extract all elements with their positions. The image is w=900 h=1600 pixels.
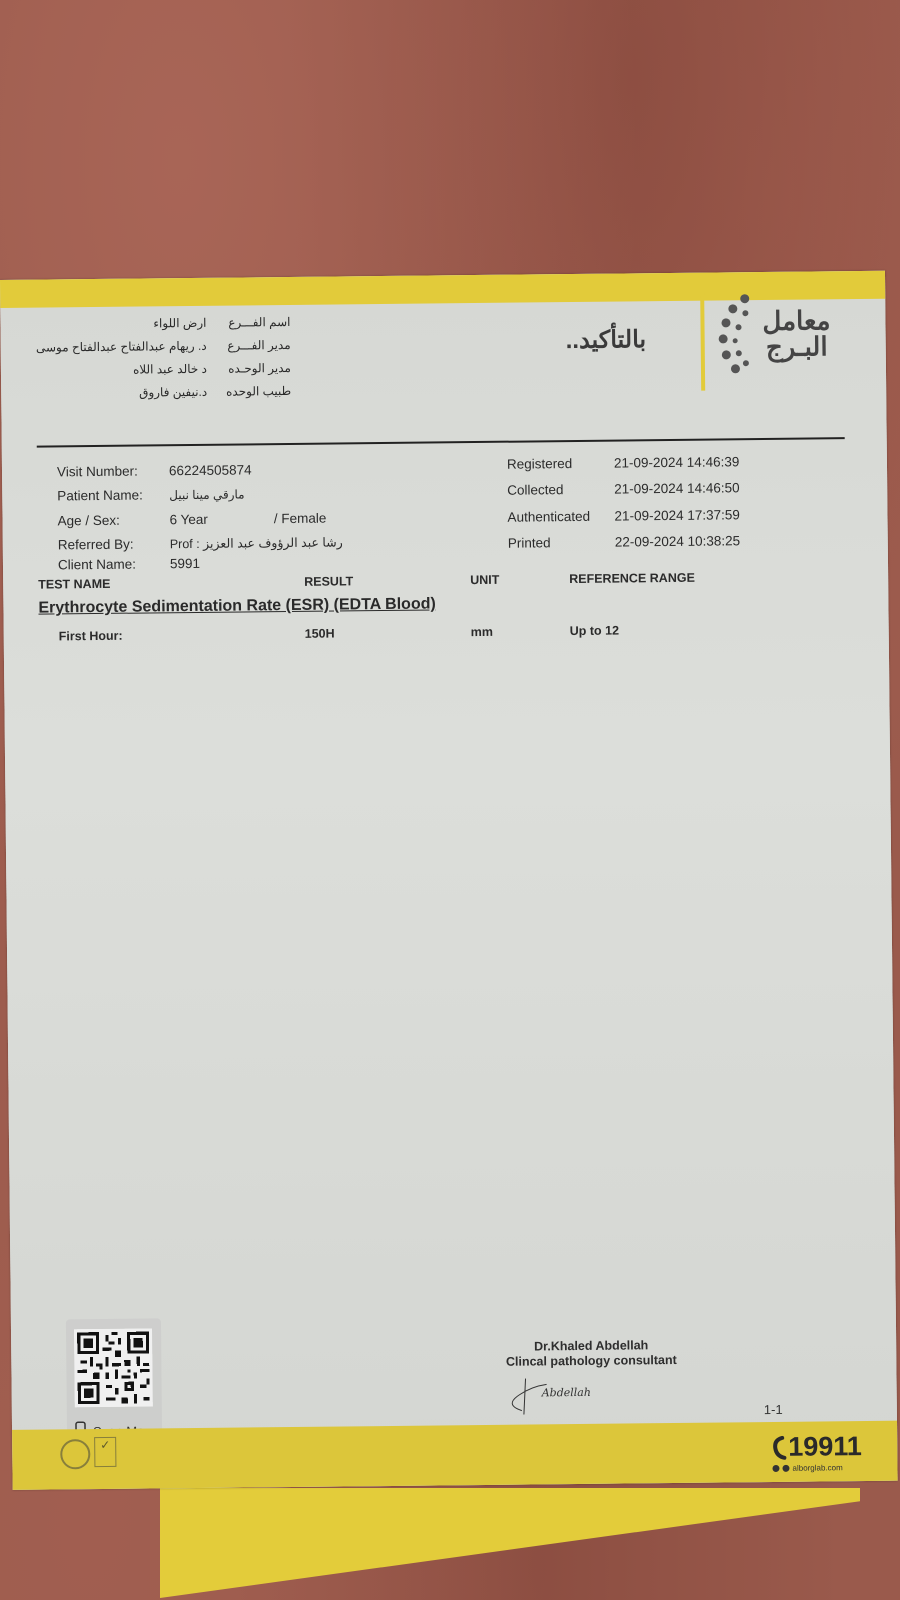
header-divider bbox=[37, 437, 845, 447]
website: alborglab.com bbox=[772, 1463, 842, 1473]
referred-by: Prof : رشا عبد الرؤوف عبد العزيز bbox=[170, 535, 343, 552]
client-name-label: Client Name: bbox=[58, 556, 170, 571]
branch-value: د خالد عبد اللاه bbox=[31, 362, 207, 379]
client-name-row: Client Name: 5991 bbox=[58, 554, 343, 571]
timestamp-value: 21-09-2024 17:37:59 bbox=[614, 507, 740, 523]
qr-code-icon[interactable] bbox=[74, 1328, 153, 1407]
branch-info: اسم الفـــرع ارض اللواء مدير الفـــرع د.… bbox=[30, 315, 291, 410]
doctor-signature-block: Dr.Khaled Abdellah Clincal pathology con… bbox=[491, 1338, 691, 1370]
branch-value: ارض اللواء bbox=[30, 316, 206, 333]
lab-logo: معامل البـرج bbox=[718, 289, 849, 380]
logo-text: معامل البـرج bbox=[756, 307, 837, 360]
test-reference: Up to 12 bbox=[570, 624, 619, 639]
branch-value: د.نيفين فاروق bbox=[31, 385, 207, 402]
timestamp-value: 21-09-2024 14:46:39 bbox=[614, 454, 740, 470]
visit-number-row: Visit Number: 66224505874 bbox=[57, 456, 342, 483]
test-group-title: Erythrocyte Sedimentation Rate (ESR) (ED… bbox=[38, 595, 436, 617]
column-result: RESULT bbox=[304, 574, 353, 589]
logo-text-line2: البـرج bbox=[757, 333, 837, 360]
results-header: TEST NAME RESULT UNIT REFERENCE RANGE bbox=[38, 570, 738, 577]
lab-report-sheet: اسم الفـــرع ارض اللواء مدير الفـــرع د.… bbox=[0, 271, 898, 1490]
timestamp-row: Collected 21-09-2024 14:46:50 bbox=[507, 475, 740, 504]
phone-icon bbox=[772, 1435, 788, 1459]
test-unit: mm bbox=[471, 625, 493, 639]
test-name: First Hour: bbox=[59, 629, 123, 644]
branch-label: اسم الفـــرع bbox=[220, 315, 290, 331]
branch-row: مدير الوحـده د خالد عبد اللاه bbox=[31, 361, 291, 379]
bottom-yellow-band bbox=[12, 1421, 898, 1490]
social-icon bbox=[782, 1465, 789, 1472]
website-url[interactable]: alborglab.com bbox=[792, 1463, 842, 1473]
timestamp-label: Registered bbox=[507, 455, 614, 471]
hotline: 19911 bbox=[772, 1431, 862, 1463]
timestamp-row: Authenticated 21-09-2024 17:37:59 bbox=[507, 501, 740, 530]
signature-icon: Abdellah bbox=[501, 1374, 611, 1415]
timestamp-row: Registered 21-09-2024 14:46:39 bbox=[507, 448, 740, 477]
tagline: بالتأكيد.. bbox=[566, 325, 647, 355]
page-number: 1-1 bbox=[764, 1402, 783, 1417]
logo-divider bbox=[700, 291, 705, 391]
accreditation-badge-icon: ✓ bbox=[94, 1437, 116, 1467]
hotline-number: 19911 bbox=[788, 1431, 862, 1463]
svg-text:Abdellah: Abdellah bbox=[541, 1386, 591, 1400]
age-sex-row: Age / Sex: 6 Year / Female bbox=[57, 505, 342, 532]
patient-name: مارقي مينا نبيل bbox=[169, 487, 244, 502]
social-icon bbox=[772, 1465, 779, 1472]
timestamp-row: Printed 22-09-2024 10:38:25 bbox=[508, 528, 741, 557]
patient-name-label: Patient Name: bbox=[57, 487, 169, 503]
patient-info: Visit Number: 66224505874 Patient Name: … bbox=[57, 456, 343, 571]
column-reference-range: REFERENCE RANGE bbox=[569, 571, 695, 586]
client-name: 5991 bbox=[170, 556, 200, 571]
certification-seal-icon bbox=[60, 1439, 90, 1469]
timestamp-label: Collected bbox=[507, 482, 614, 498]
branch-row: طبيب الوحده د.نيفين فاروق bbox=[31, 384, 291, 402]
patient-name-row: Patient Name: مارقي مينا نبيل bbox=[57, 481, 342, 508]
referred-by-label: Referred By: bbox=[58, 536, 170, 552]
column-unit: UNIT bbox=[470, 573, 499, 587]
underlying-yellow-sheet bbox=[160, 1488, 860, 1598]
sex: / Female bbox=[274, 510, 327, 526]
show-through-text bbox=[44, 690, 49, 893]
age-sex-value: 6 Year / Female bbox=[169, 510, 326, 527]
visit-number-label: Visit Number: bbox=[57, 463, 169, 479]
visit-number: 66224505874 bbox=[169, 462, 252, 478]
age: 6 Year bbox=[169, 512, 207, 527]
branch-label: مدير الوحـده bbox=[221, 361, 291, 377]
test-result: 150H bbox=[305, 627, 335, 641]
branch-label: طبيب الوحده bbox=[221, 384, 291, 400]
branch-row: اسم الفـــرع ارض اللواء bbox=[30, 315, 290, 333]
timestamps: Registered 21-09-2024 14:46:39 Collected… bbox=[507, 448, 740, 556]
logo-text-line1: معامل bbox=[756, 307, 836, 334]
referred-by-row: Referred By: Prof : رشا عبد الرؤوف عبد ا… bbox=[58, 530, 343, 557]
timestamp-label: Printed bbox=[508, 535, 615, 551]
branch-value: د. ريهام عبدالفتاح عبدالفتاح موسى bbox=[31, 339, 207, 356]
column-test-name: TEST NAME bbox=[38, 577, 110, 592]
branch-row: مدير الفـــرع د. ريهام عبدالفتاح عبدالفت… bbox=[31, 338, 291, 356]
age-sex-label: Age / Sex: bbox=[57, 512, 169, 528]
timestamp-label: Authenticated bbox=[507, 508, 614, 524]
branch-label: مدير الفـــرع bbox=[221, 338, 291, 354]
doctor-title: Clincal pathology consultant bbox=[491, 1353, 691, 1370]
timestamp-value: 22-09-2024 10:38:25 bbox=[615, 534, 741, 550]
table-row: First Hour: 150H mm Up to 12 bbox=[39, 622, 739, 629]
timestamp-value: 21-09-2024 14:46:50 bbox=[614, 481, 740, 497]
